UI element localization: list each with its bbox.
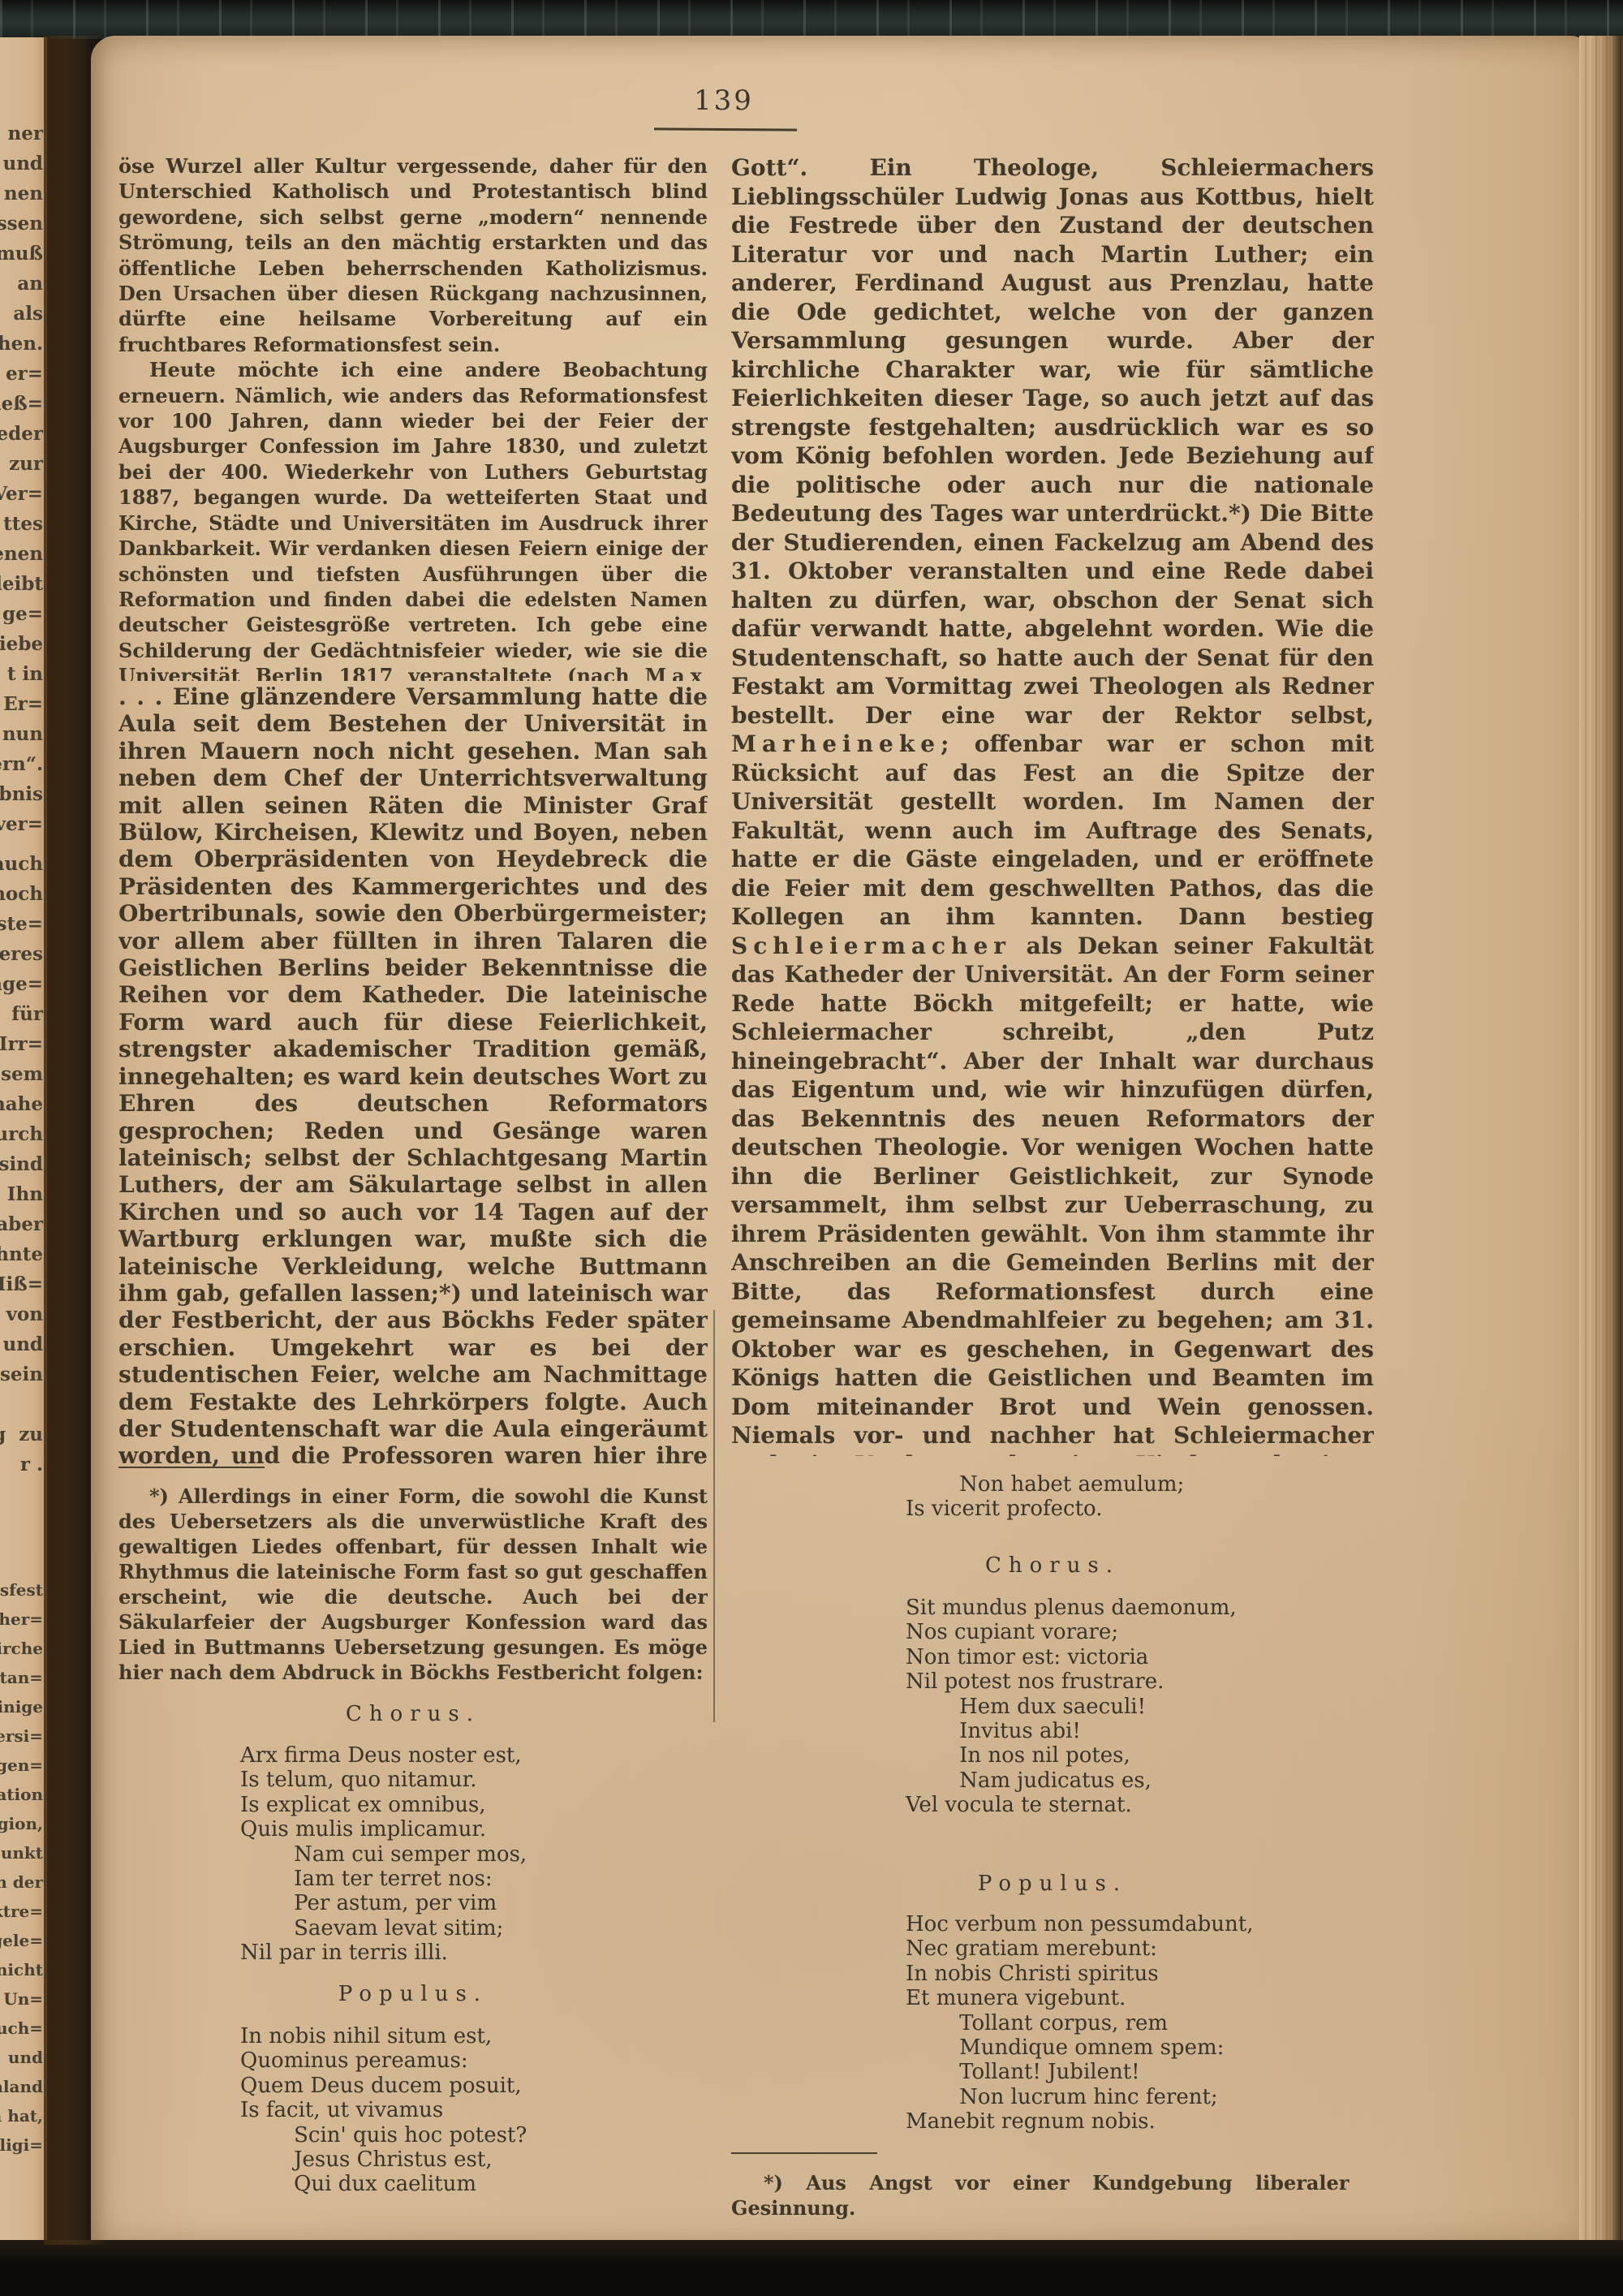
chorus-verse-left: Arx firma Deus noster est, Is telum, quo… <box>240 1743 527 1966</box>
populus-heading-left: Populus. <box>118 1982 708 2006</box>
page: 139 öse Wurzel aller Kultur vergessende,… <box>91 36 1589 2243</box>
book-bottom-edge <box>0 2240 1623 2296</box>
footnote-right: *) Aus Angst vor einer Kundgebung libera… <box>731 2170 1380 2221</box>
chorus-verse-right: Sit mundus plenus daemonum, Nos cupiant … <box>906 1596 1237 1818</box>
right-text-part1: Gott“. Ein Theologe, Schleiermachers Lie… <box>731 154 1374 729</box>
left-column-intro: öse Wurzel aller Kultur vergessende, dah… <box>118 153 708 681</box>
facing-page-text-fragments-top: ner und nen ssen muß an als hen. er= lie… <box>0 118 43 839</box>
footnote-rule-left <box>118 1467 265 1468</box>
intro-paragraph-2-text: Heute möchte ich eine andere Beobachtung… <box>118 358 708 681</box>
populus-verse-right: Hoc verbum non pessumdabunt, Nec gratiam… <box>906 1912 1253 2134</box>
page-number: 139 <box>610 84 837 117</box>
footnote-rule-right <box>731 2152 877 2154</box>
right-text-part2: ; offenbar war er schon mit Rücksicht au… <box>731 730 1374 930</box>
top-edge-streaks <box>0 0 1623 39</box>
main-text-right: Gott“. Ein Theologe, Schleiermachers Lie… <box>731 153 1374 1456</box>
populus-verse-left: In nobis nihil situm est, Quominus perea… <box>240 2024 527 2197</box>
gutter-shadow <box>44 36 107 2245</box>
book-top-edge <box>0 0 1623 39</box>
facing-page-text-fragments-bottom: nsfest t her= Kirche estan= einige ivers… <box>0 1575 43 2160</box>
main-text-left: . . . Eine glänzendere Versammlung hatte… <box>118 683 708 1467</box>
main-text-left-paragraph: . . . Eine glänzendere Versammlung hatte… <box>118 683 708 1467</box>
populus-heading-right: Populus. <box>731 1872 1374 1896</box>
intro-paragraph-1: öse Wurzel aller Kultur vergessende, dah… <box>118 153 708 357</box>
book-scan: ner und nen ssen muß an als hen. er= lie… <box>0 0 1623 2296</box>
name-schleiermacher: Schleiermacher <box>731 933 1011 959</box>
chorus-heading-left: Chorus. <box>118 1702 708 1726</box>
intro-paragraph-2: Heute möchte ich eine andere Beobachtung… <box>118 357 708 681</box>
facing-page-text-fragments-middle: auch noch eiste= eres nge= für Irr= esem… <box>0 849 43 1480</box>
facing-page-edge: ner und nen ssen muß an als hen. er= lie… <box>0 37 47 2242</box>
page-number-rule <box>654 127 797 131</box>
main-text-right-paragraph: Gott“. Ein Theologe, Schleiermachers Lie… <box>731 153 1374 1456</box>
footnote-left: *) Allerdings in einer Form, die sowohl … <box>118 1484 708 1695</box>
column-divider-rule <box>713 1310 715 1722</box>
chorus-heading-right: Chorus. <box>731 1553 1374 1578</box>
verse-continuation-right: Non habet aemulum; Is vicerit profecto. <box>906 1472 1184 1522</box>
page-stack-edge <box>1579 36 1623 2245</box>
right-text-part3: als Dekan seiner Fakultät das Katheder d… <box>731 933 1374 1457</box>
page-stack-leaves <box>1579 36 1623 2245</box>
name-marheineke: Marheineke <box>731 730 941 757</box>
